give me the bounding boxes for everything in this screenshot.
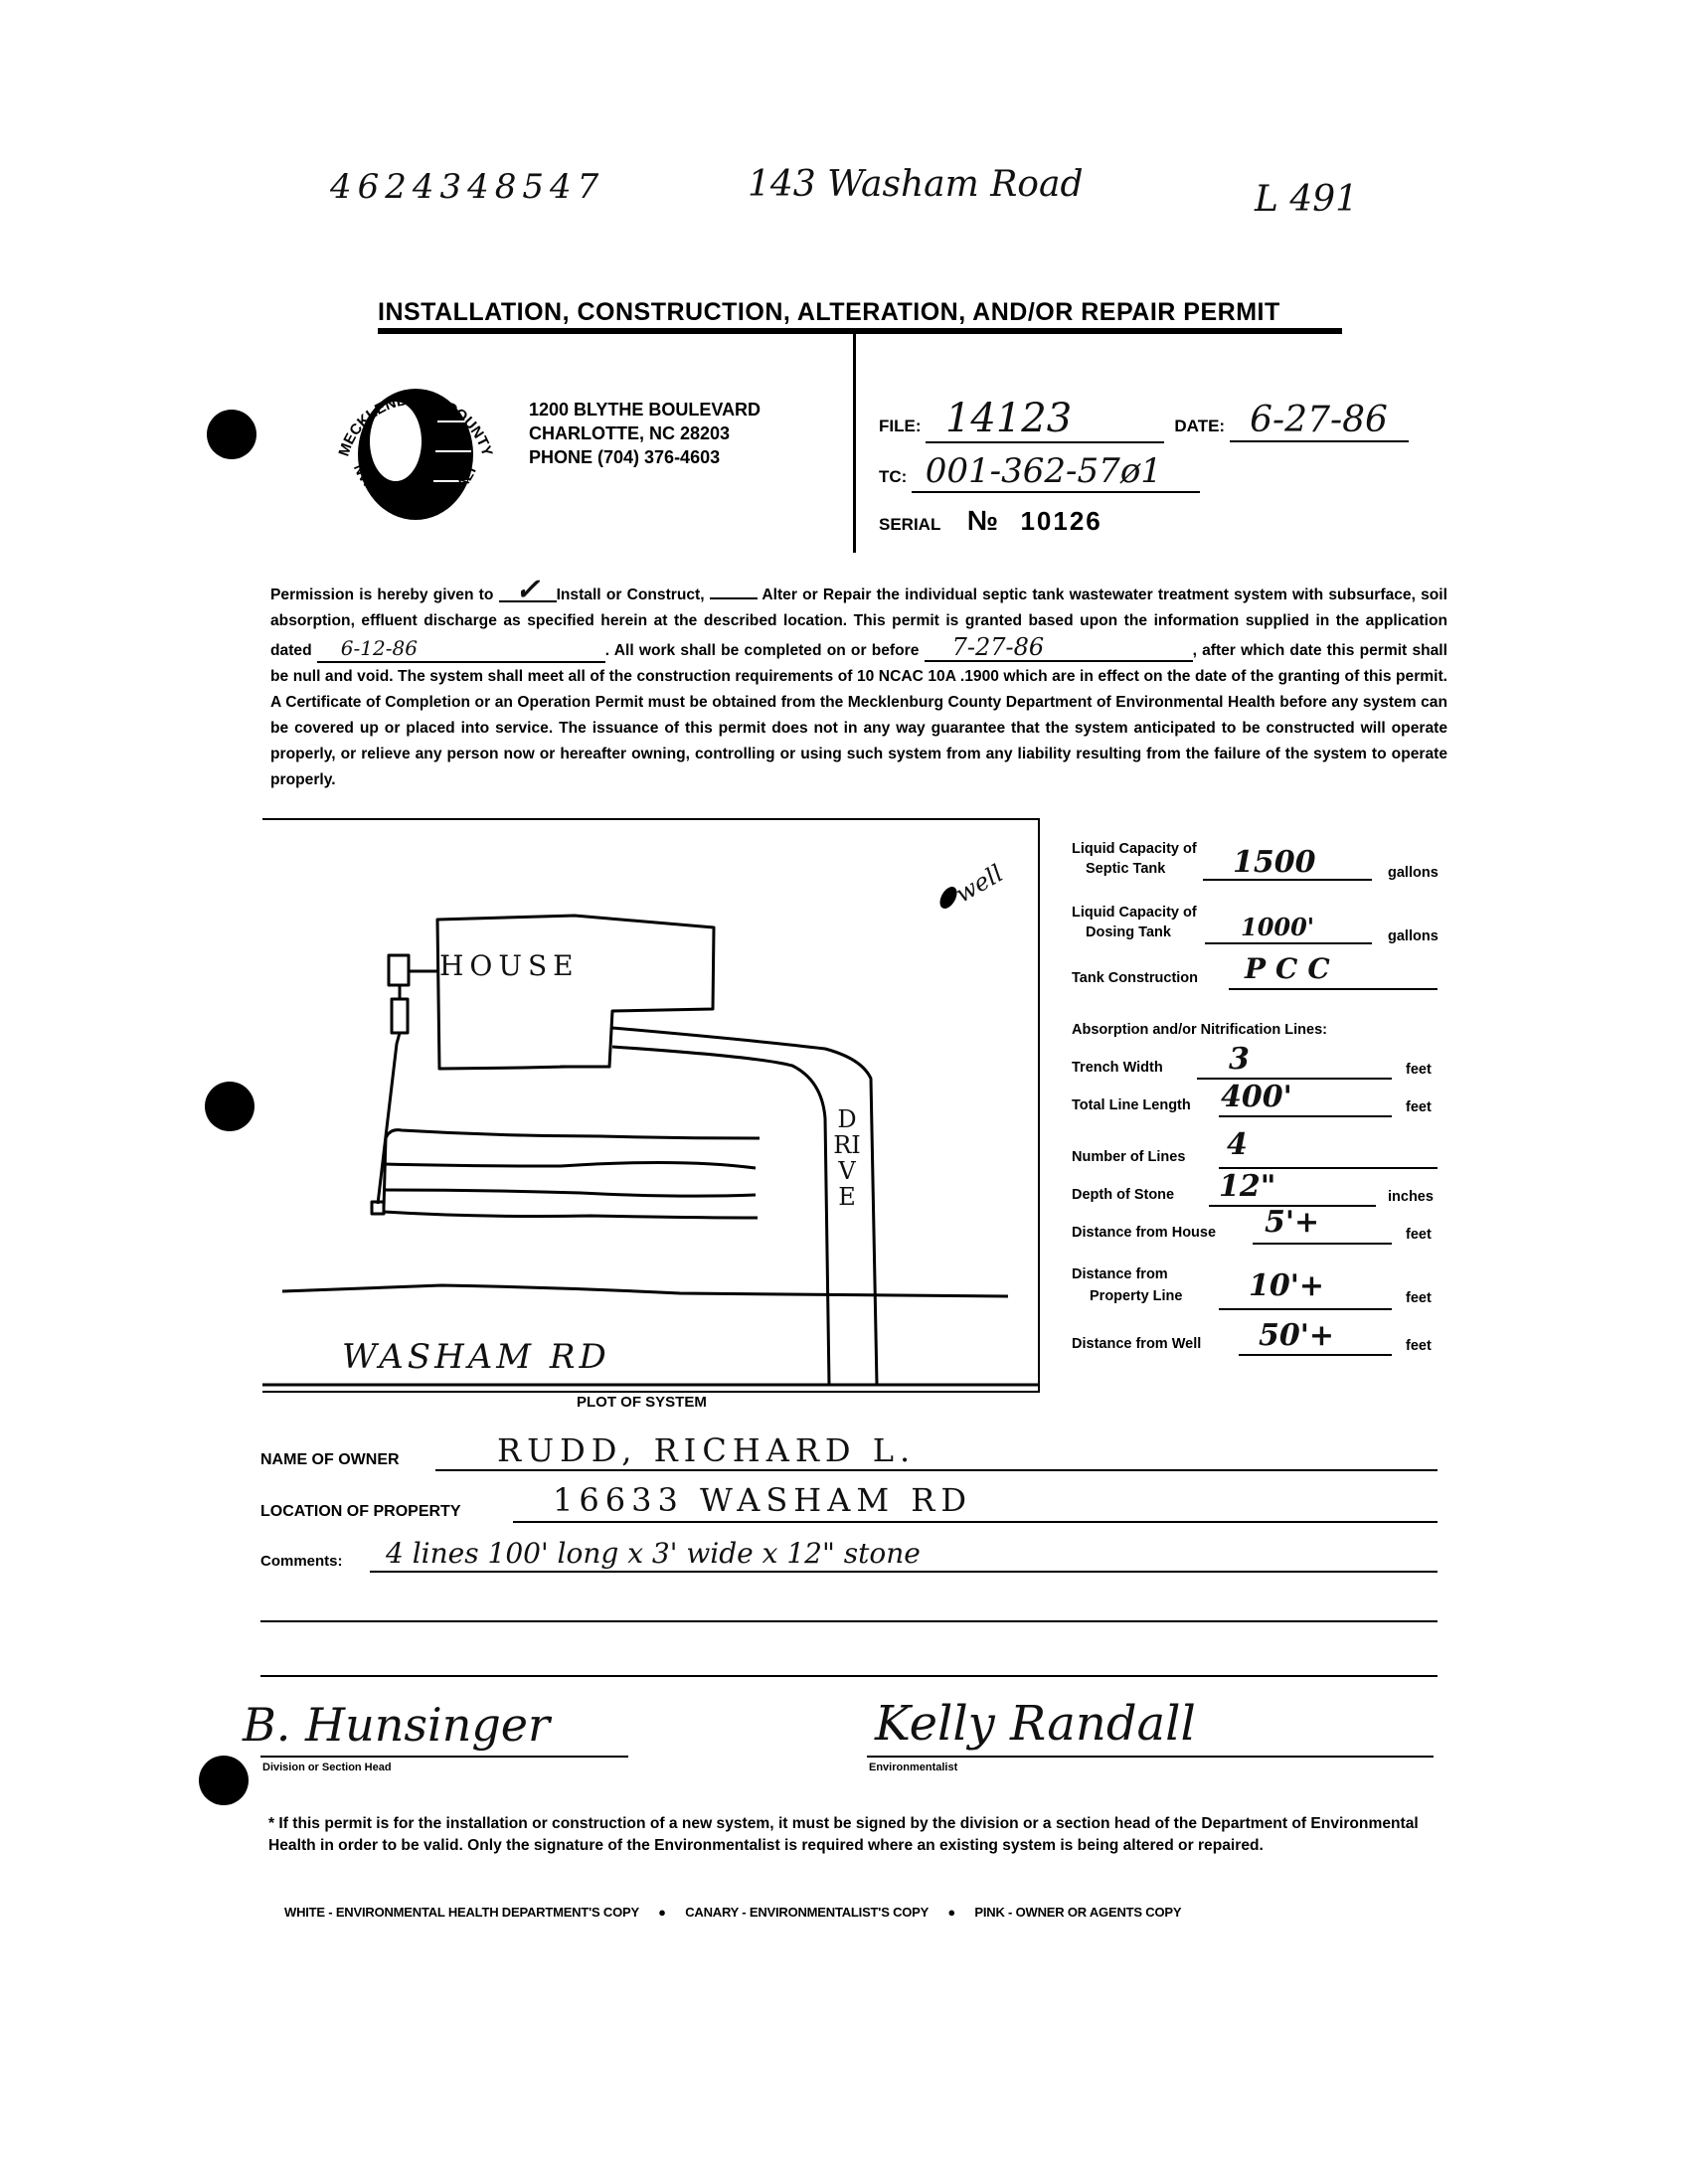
binder-hole-bottom — [199, 1756, 249, 1805]
plot-road-label: WASHAM RD — [342, 1337, 610, 1377]
trench-width-unit: feet — [1406, 1062, 1432, 1078]
serial-no-symbol: № — [967, 505, 998, 536]
plot-house-label: HOUSE — [439, 949, 580, 982]
binder-hole-top — [207, 410, 256, 459]
plot-caption: PLOT OF SYSTEM — [577, 1394, 707, 1411]
comments-value[interactable]: 4 lines 100' long x 3' wide x 12" stone — [386, 1537, 921, 1570]
county-logo: MECKLENBURG COUNTY ENVIRONMENTAL HEALTH — [326, 360, 505, 539]
binder-hole-middle — [205, 1082, 254, 1131]
install-checkbox[interactable]: ✓ — [499, 581, 557, 602]
septic-value[interactable]: 1500 — [1233, 845, 1316, 880]
handwritten-parcel-number: 4624348547 — [330, 167, 604, 207]
alter-checkbox[interactable] — [710, 597, 758, 599]
dist-well-line — [1239, 1354, 1392, 1356]
complete-by-field[interactable]: 7-27-86 — [925, 634, 1193, 662]
permission-paragraph: Permission is hereby given to ✓Install o… — [270, 581, 1447, 793]
dosing-label-2: Dosing Tank — [1086, 924, 1171, 940]
tc-field: TC: 001-362-57ø1 — [879, 451, 1200, 493]
trench-width-label: Trench Width — [1072, 1060, 1163, 1076]
title-rule — [378, 328, 1342, 334]
permission-text-5: , after which date this permit shall be … — [270, 642, 1447, 788]
dosing-label-1: Liquid Capacity of — [1072, 905, 1197, 921]
plot-of-system-box: HOUSE well DRIVE WASHAM RD — [262, 818, 1040, 1393]
dist-property-label-2: Property Line — [1090, 1288, 1182, 1304]
dosing-unit: gallons — [1388, 928, 1439, 944]
application-date-field[interactable]: 6-12-86 — [317, 635, 605, 663]
depth-stone-unit: inches — [1388, 1189, 1434, 1205]
date-value: 6-27-86 — [1230, 400, 1409, 442]
trench-width-value[interactable]: 3 — [1229, 1042, 1250, 1077]
dist-house-unit: feet — [1406, 1227, 1432, 1243]
comments-line-3 — [260, 1675, 1438, 1677]
septic-label-1: Liquid Capacity of — [1072, 841, 1197, 857]
depth-stone-value[interactable]: 12" — [1219, 1169, 1275, 1204]
serial-label: SERIAL — [879, 515, 940, 534]
tc-value: 001-362-57ø1 — [912, 451, 1200, 493]
division-signature: B. Hunsinger — [243, 1698, 550, 1752]
dist-well-label: Distance from Well — [1072, 1336, 1201, 1352]
permission-text-2: Install or Construct, — [557, 587, 705, 603]
separator-2: ● — [947, 1905, 955, 1920]
handwritten-lot-note: L 491 — [1255, 179, 1358, 220]
dist-well-unit: feet — [1406, 1338, 1432, 1354]
dist-property-label-1: Distance from — [1072, 1266, 1168, 1282]
total-length-value[interactable]: 400' — [1221, 1080, 1292, 1114]
total-length-unit: feet — [1406, 1099, 1432, 1115]
comments-line-1 — [370, 1571, 1438, 1573]
dosing-value[interactable]: 1000' — [1241, 913, 1314, 941]
address-line-3: PHONE (704) 376-4603 — [529, 445, 761, 469]
file-value: 14123 — [926, 396, 1164, 443]
environmentalist-signature: Kelly Randall — [875, 1696, 1196, 1752]
depth-stone-label: Depth of Stone — [1072, 1187, 1174, 1203]
dist-house-value[interactable]: 5'+ — [1265, 1205, 1319, 1240]
division-signature-line — [260, 1756, 628, 1758]
dosing-line — [1205, 942, 1372, 944]
address-line-1: 1200 BLYTHE BOULEVARD — [529, 398, 761, 421]
environmentalist-signature-line — [867, 1756, 1434, 1758]
footnote: * If this permit is for the installation… — [268, 1813, 1441, 1857]
tank-construction-label: Tank Construction — [1072, 970, 1198, 986]
permission-text-1: Permission is hereby given to — [270, 587, 493, 603]
comments-label: Comments: — [260, 1553, 343, 1570]
tank-construction-value[interactable]: PCC — [1245, 952, 1340, 985]
comments-line-2 — [260, 1620, 1438, 1622]
absorption-heading: Absorption and/or Nitrification Lines: — [1072, 1022, 1327, 1038]
copy-distribution: WHITE - ENVIRONMENTAL HEALTH DEPARTMENT'… — [284, 1905, 1181, 1920]
property-location-label: LOCATION OF PROPERTY — [260, 1503, 460, 1521]
white-copy: WHITE - ENVIRONMENTAL HEALTH DEPARTMENT'… — [284, 1905, 639, 1920]
header-divider — [853, 334, 856, 553]
dist-property-line — [1219, 1308, 1392, 1310]
plot-drive-label: DRIVE — [833, 1106, 861, 1210]
property-location-line — [513, 1521, 1438, 1523]
owner-name-line — [435, 1469, 1438, 1471]
environmentalist-label: Environmentalist — [869, 1762, 957, 1773]
division-label: Division or Section Head — [262, 1762, 392, 1773]
date-label: DATE: — [1174, 417, 1225, 435]
pink-copy: PINK - OWNER OR AGENTS COPY — [974, 1905, 1181, 1920]
permission-text-4: . All work shall be completed on or befo… — [605, 642, 920, 659]
num-lines-value[interactable]: 4 — [1227, 1127, 1248, 1162]
total-length-label: Total Line Length — [1072, 1097, 1191, 1113]
dist-property-unit: feet — [1406, 1290, 1432, 1306]
septic-label-2: Septic Tank — [1086, 861, 1165, 877]
num-lines-label: Number of Lines — [1072, 1149, 1185, 1165]
septic-unit: gallons — [1388, 865, 1439, 881]
file-field: FILE: 14123 DATE: 6-27-86 — [879, 396, 1409, 443]
tc-label: TC: — [879, 467, 907, 486]
handwritten-street-note: 143 Washam Road — [748, 164, 1083, 205]
dist-house-label: Distance from House — [1072, 1225, 1216, 1241]
dist-well-value[interactable]: 50'+ — [1259, 1318, 1334, 1353]
form-title: INSTALLATION, CONSTRUCTION, ALTERATION, … — [378, 298, 1280, 327]
dist-house-line — [1253, 1243, 1392, 1245]
dist-property-value[interactable]: 10'+ — [1249, 1268, 1324, 1303]
canary-copy: CANARY - ENVIRONMENTALIST'S COPY — [685, 1905, 929, 1920]
file-label: FILE: — [879, 417, 922, 435]
owner-name-value[interactable]: RUDD, RICHARD L. — [497, 1431, 916, 1469]
address-line-2: CHARLOTTE, NC 28203 — [529, 421, 761, 445]
serial-field: SERIAL № 10126 — [879, 505, 1102, 537]
owner-name-label: NAME OF OWNER — [260, 1451, 400, 1469]
total-length-line — [1219, 1115, 1392, 1117]
agency-address: 1200 BLYTHE BOULEVARD CHARLOTTE, NC 2820… — [529, 398, 761, 469]
tank-construction-line — [1229, 988, 1438, 990]
separator-1: ● — [658, 1905, 666, 1920]
serial-value: 10126 — [1020, 506, 1101, 536]
property-location-value[interactable]: 16633 WASHAM RD — [553, 1481, 972, 1519]
